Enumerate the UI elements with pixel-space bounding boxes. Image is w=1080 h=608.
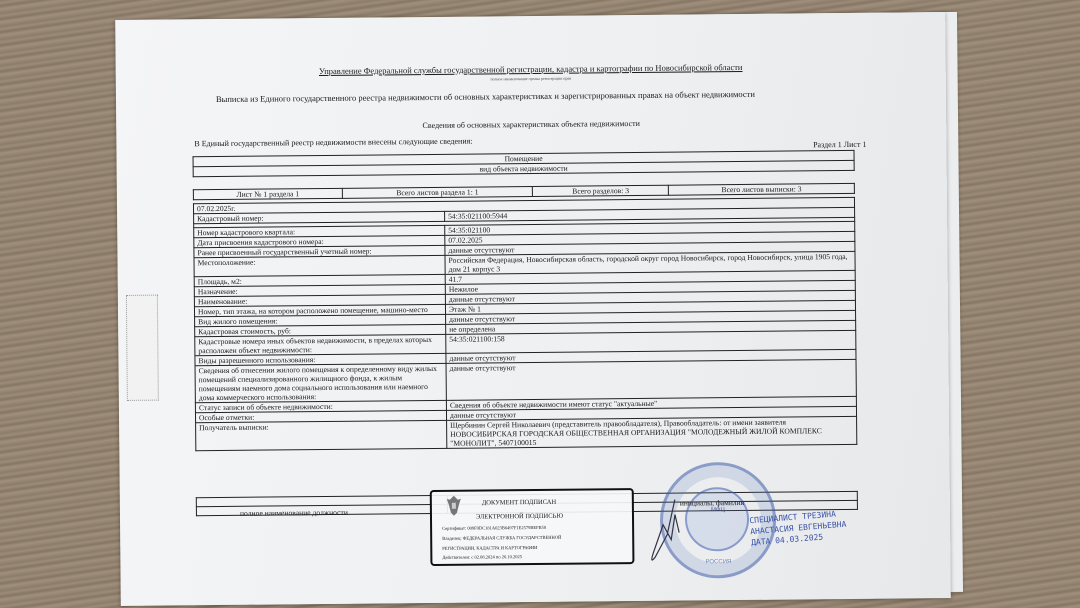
- document-page: Управление Федеральной службы государств…: [115, 12, 951, 606]
- field-value: данные отсутствуют: [446, 359, 856, 400]
- e-signature-stamp: ДОКУМЕНТ ПОДПИСАН ЭЛЕКТРОННОЙ ПОДПИСЬЮ С…: [430, 488, 635, 566]
- e-signature-line2: ЭЛЕКТРОННОЙ ПОДПИСЬЮ: [476, 513, 563, 521]
- certificate-validity: Действителен: с 02.08.2024 по 26.10.2025: [442, 554, 522, 560]
- seal-center: [685, 487, 750, 552]
- field-label: Сведения об отнесении жилого помещения к…: [195, 363, 446, 402]
- field-label: Кадастровые номера иных объектов недвижи…: [195, 334, 446, 355]
- field-value: Щербинин Сергей Николаевич (представител…: [447, 416, 857, 448]
- characteristics-table: 07.02.2025г. Кадастровый номер: 54:35:02…: [193, 197, 857, 451]
- initials-label: инициалы, фамилия: [680, 498, 744, 508]
- extract-title: Выписка из Единого государственного реес…: [216, 89, 755, 104]
- table-row: Получатель выписки:Щербинин Сергей Никол…: [196, 416, 857, 450]
- field-label: Получатель выписки:: [196, 420, 447, 450]
- position-label: полное наименование должности: [240, 508, 348, 518]
- sheet-info-cell: Всего листов раздела 1: 1: [342, 186, 532, 198]
- sheet-info-cell: Всего разделов: 3: [533, 185, 669, 196]
- perforation-mark: [126, 295, 159, 401]
- coat-of-arms-icon: [446, 495, 462, 517]
- section-label: Раздел 1 Лист 1: [813, 140, 866, 150]
- sheet-info-cell: Лист № 1 раздела 1: [193, 188, 342, 199]
- certificate-number: Сертификат: 009F0DC181A023B6497F1E2579BE…: [442, 525, 546, 531]
- certificate-owner: Владелец: ФЕДЕРАЛЬНАЯ СЛУЖБА ГОСУДАРСТВЕ…: [442, 535, 561, 541]
- sheet-info-cell: Всего листов выписки: 3: [669, 183, 855, 195]
- certificate-owner-cont: РЕГИСТРАЦИИ, КАДАСТРА И КАРТОГРАФИИ: [442, 545, 537, 551]
- field-label: Местоположение:: [194, 255, 445, 276]
- e-signature-line1: ДОКУМЕНТ ПОДПИСАН: [482, 499, 556, 507]
- object-type-table: Помещение вид объекта недвижимости: [193, 150, 855, 177]
- section-title: Сведения об основных характеристиках объ…: [116, 116, 946, 133]
- intro-text: В Единый государственный реестр недвижим…: [194, 137, 472, 149]
- table-row: Сведения об отнесении жилого помещения к…: [195, 359, 856, 402]
- specialist-stamp: СПЕЦИАЛИСТ ТРЕЗИНА АНАСТАСИЯ ЕВГЕНЬЕВНА …: [749, 508, 848, 549]
- fields-body: Номер кадастрового квартала:54:35:021100…: [194, 221, 857, 450]
